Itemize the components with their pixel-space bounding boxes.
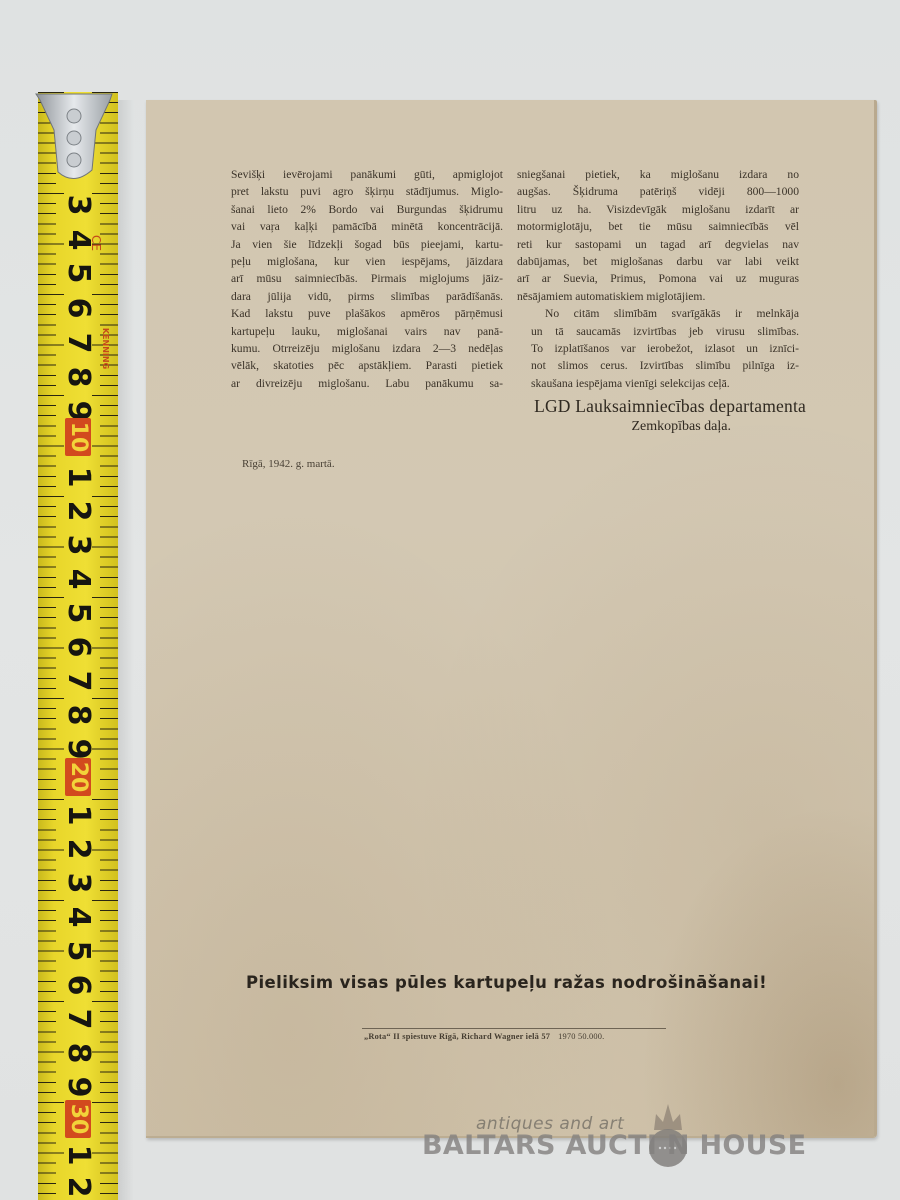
text-line: nēsājamiem automatiskiem miglotājiem. [517,288,799,305]
print-run: 1970 50.000. [558,1032,604,1041]
text-line: kartupeļu lauku, miglošanai vairs nav pa… [231,323,503,340]
printer-divider [362,1028,666,1029]
signature-division: Zemkopības daļa. [426,419,731,435]
tape-number: 5 [63,253,93,293]
text-line: dara jūlija vidū, pirms slimības parādīš… [231,288,503,305]
watermark-name: BALTARS AUCTI N HOUSE [422,1130,806,1161]
text-line: arī ar Suevia, Primus, Pomona vai uz mug… [517,270,799,287]
document-page: Sevišķi ievērojami panākumi gūti, apmigl… [146,100,877,1138]
tape-number: 3 [63,185,93,225]
printer-name: „Rota“ II spiestuve Rīgā, Richard Wagner… [364,1032,550,1041]
tape-number: 6 [63,288,93,328]
text-line: litru uz ha. Visizdevīgāk miglošanu izda… [517,201,799,218]
text-line: vēlāk, skatoties pēc apstākļiem. Parasti… [231,357,503,374]
text-line: dabūjamas, bet miglošanas darbu var labi… [517,253,799,270]
text-line: motormiglotāju, bet tie mūsu saimniecībā… [517,218,799,235]
text-line: augšas. Šķidruma patēriņš vidēji 800—100… [517,183,799,200]
text-line: ar divreizēju miglošanu. Labu panākumu s… [231,375,503,392]
signature-department: LGD Lauksaimniecības departamenta [426,396,806,417]
signature-block: LGD Lauksaimniecības departamenta Zemkop… [426,396,806,435]
text-line: reti kur sastopami un tagad arī degviela… [517,236,799,253]
left-text-column: Sevišķi ievērojami panākumi gūti, apmigl… [231,166,503,392]
text-line: pret lakstu puvi agro šķirņu stādījumus.… [231,183,503,200]
tape-number: 2 [63,1167,93,1200]
printer-imprint: „Rota“ II spiestuve Rīgā, Richard Wagner… [364,1032,604,1041]
tape-hook-icon [32,90,116,186]
tape-brand: KENNING [101,328,110,369]
text-line: un tā saucamās izvirtības jeb virusu sli… [517,323,799,340]
text-line: šanai lieto 2% Bordo vai Burgundas šķidr… [231,201,503,218]
text-line: peļu miglošana, kur vien iespējams, jāiz… [231,253,503,270]
document-date: Rīgā, 1942. g. martā. [242,458,335,470]
text-line: not slimos cerus. Izvirtības slimību pil… [517,357,799,374]
right-text-column: sniegšanai pietiek, ka miglošanu izdara … [517,166,799,392]
text-line: skaušana iespējama vienīgi selekcijas ce… [517,375,799,392]
ce-mark: CE [89,235,103,251]
text-line: Ja vien šie līdzekļi šogad būs pieejami,… [231,236,503,253]
text-line: vai vaŗa kaļķi pamācībā minētā koncentrā… [231,218,503,235]
text-line: Kad lakstu puve plašākos apmēros pārņēmu… [231,305,503,322]
tape-number-10: 10 [65,418,91,456]
text-line: kumu. Otrreizēju miglošanu izdara 2—3 ne… [231,340,503,357]
text-line: sniegšanai pietiek, ka miglošanu izdara … [517,166,799,183]
tape-number-20: 20 [65,758,91,796]
tape-number-30: 30 [65,1100,91,1138]
text-line: Sevišķi ievērojami panākumi gūti, apmigl… [231,166,503,183]
text-line: arī mūsu saimniecībās. Pirmais miglojums… [231,270,503,287]
slogan: Pieliksim visas pūles kartupeļu ražas no… [246,973,806,992]
text-line: No citām slimībām svarīgākās ir melnkāja [517,305,799,322]
text-line: To izplatīšanos var ierobežot, izlasot u… [517,340,799,357]
